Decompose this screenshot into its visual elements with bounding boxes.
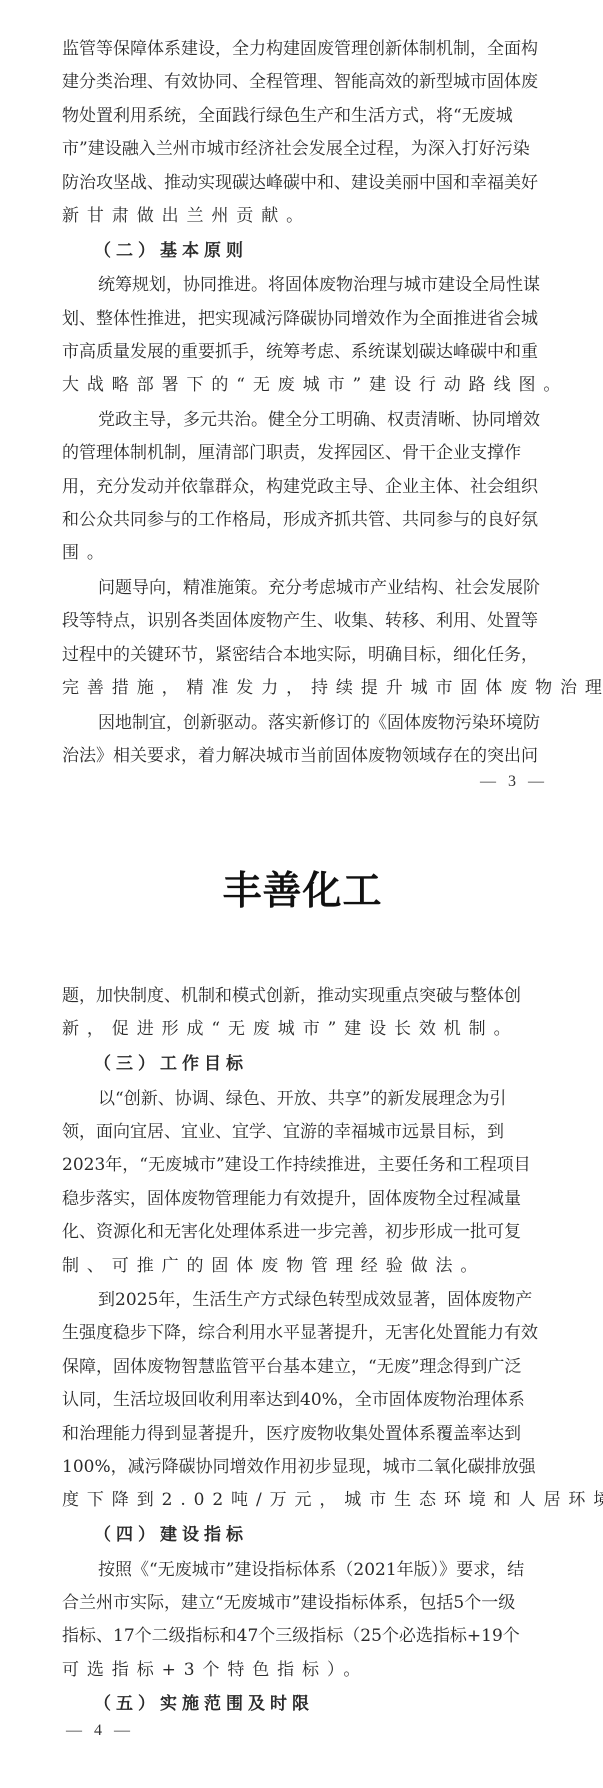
text-line: 合兰州市实际，建立“无废城市”建设指标体系，包括5个一级 [62,1587,552,1620]
text-line: 新，促进形成“无废城市”建设长效机制。 [62,1013,552,1046]
section-heading: （五）实施范围及时限 [62,1688,552,1721]
text-line: 制、可推广的固体废物管理经验做法。 [62,1250,552,1283]
text-line: 100%，减污降碳协同增效作用初步显现，城市二氧化碳排放强 [62,1451,552,1484]
text-line: 的管理体制机制，厘清部门职责，发挥园区、骨干企业支撑作 [62,437,552,470]
text-line: 过程中的关键环节，紧密结合本地实际，明确目标，细化任务， [62,639,552,672]
page-4-body: 题，加快制度、机制和模式创新，推动实现重点突破与整体创新，促进形成“无废城市”建… [62,980,552,1722]
text-line: 认同，生活垃圾回收利用率达到40%，全市固体废物治理体系 [62,1384,552,1417]
page-number-3: — 3 — [480,773,548,791]
text-line: 新甘肃做出兰州贡献。 [62,200,552,233]
page-number-4: — 4 — [66,1722,134,1740]
text-line: 稳步落实，固体废物管理能力有效提升，固体废物全过程减量 [62,1183,552,1216]
text-line: 划、整体性推进，把实现减污降碳协同增效作为全面推进省会城 [62,303,552,336]
text-line: 物处置利用系统，全面践行绿色生产和生活方式，将“无废城 [62,100,552,133]
text-line: 监管等保障体系建设，全力构建固废管理创新体制机制，全面构 [62,33,552,66]
text-line: 按照《“无废城市”建设指标体系（2021年版）》要求，结 [62,1554,552,1587]
text-line: 党政主导，多元共治。健全分工明确、权责清晰、协同增效 [62,404,552,437]
text-line: 2023年，“无废城市”建设工作持续推进，主要任务和工程项目 [62,1149,552,1182]
text-line: 指标、17个二级指标和47个三级指标（25个必选指标+19个 [62,1620,552,1653]
text-line: 领，面向宜居、宜业、宜学、宜游的幸福城市远景目标，到 [62,1116,552,1149]
text-line: 市高质量发展的重要抓手，统筹考虑、系统谋划碳达峰碳中和重 [62,336,552,369]
text-line: 和治理能力得到显著提升，医疗废物收集处置体系覆盖率达到 [62,1418,552,1451]
text-line: 统筹规划，协同推进。将固体废物治理与城市建设全局性谋 [62,269,552,302]
page-3-body: 监管等保障体系建设，全力构建固废管理创新体制机制，全面构建分类治理、有效协同、全… [62,33,552,774]
text-line: 到2025年，生活生产方式绿色转型成效显著，固体废物产 [62,1284,552,1317]
text-line: 段等特点，识别各类固体废物产生、收集、转移、利用、处置等 [62,605,552,638]
section-heading: （二）基本原则 [62,235,552,268]
text-line: 化、资源化和无害化处理体系进一步完善，初步形成一批可复 [62,1216,552,1249]
text-line: 市”建设融入兰州市城市经济社会发展全过程，为深入打好污染 [62,133,552,166]
text-line: 生强度稳步下降，综合利用水平显著提升，无害化处置能力有效 [62,1317,552,1350]
text-line: 度下降到2.02吨/万元，城市生态环境和人居环境持续改善。 [62,1484,552,1517]
section-heading: （三）工作目标 [62,1048,552,1081]
text-line: 可选指标+3个特色指标）。 [62,1654,552,1687]
text-line: 大战略部署下的“无废城市”建设行动路线图。 [62,369,552,402]
text-line: 和公众共同参与的工作格局，形成齐抓共管、共同参与的良好氛 [62,504,552,537]
text-line: 治法》相关要求，着力解决城市当前固体废物领域存在的突出问 [62,740,552,773]
section-heading: （四）建设指标 [62,1519,552,1552]
text-line: 防治攻坚战、推动实现碳达峰碳中和、建设美丽中国和幸福美好 [62,167,552,200]
text-line: 因地制宜，创新驱动。落实新修订的《固体废物污染环境防 [62,707,552,740]
text-line: 保障，固体废物智慧监管平台基本建立，“无废”理念得到广泛 [62,1351,552,1384]
text-line: 以“创新、协调、绿色、开放、共享”的新发展理念为引 [62,1083,552,1116]
text-line: 完善措施，精准发力，持续提升城市固体废物治理水平。 [62,672,552,705]
text-line: 建分类治理、有效协同、全程管理、智能高效的新型城市固体废 [62,66,552,99]
text-line: 题，加快制度、机制和模式创新，推动实现重点突破与整体创 [62,980,552,1013]
text-line: 用，充分发动并依靠群众，构建党政主导、企业主体、社会组织 [62,471,552,504]
text-line: 问题导向，精准施策。充分考虑城市产业结构、社会发展阶 [62,572,552,605]
text-line: 围。 [62,537,552,570]
watermark-logo: 丰善化工 [220,866,385,918]
